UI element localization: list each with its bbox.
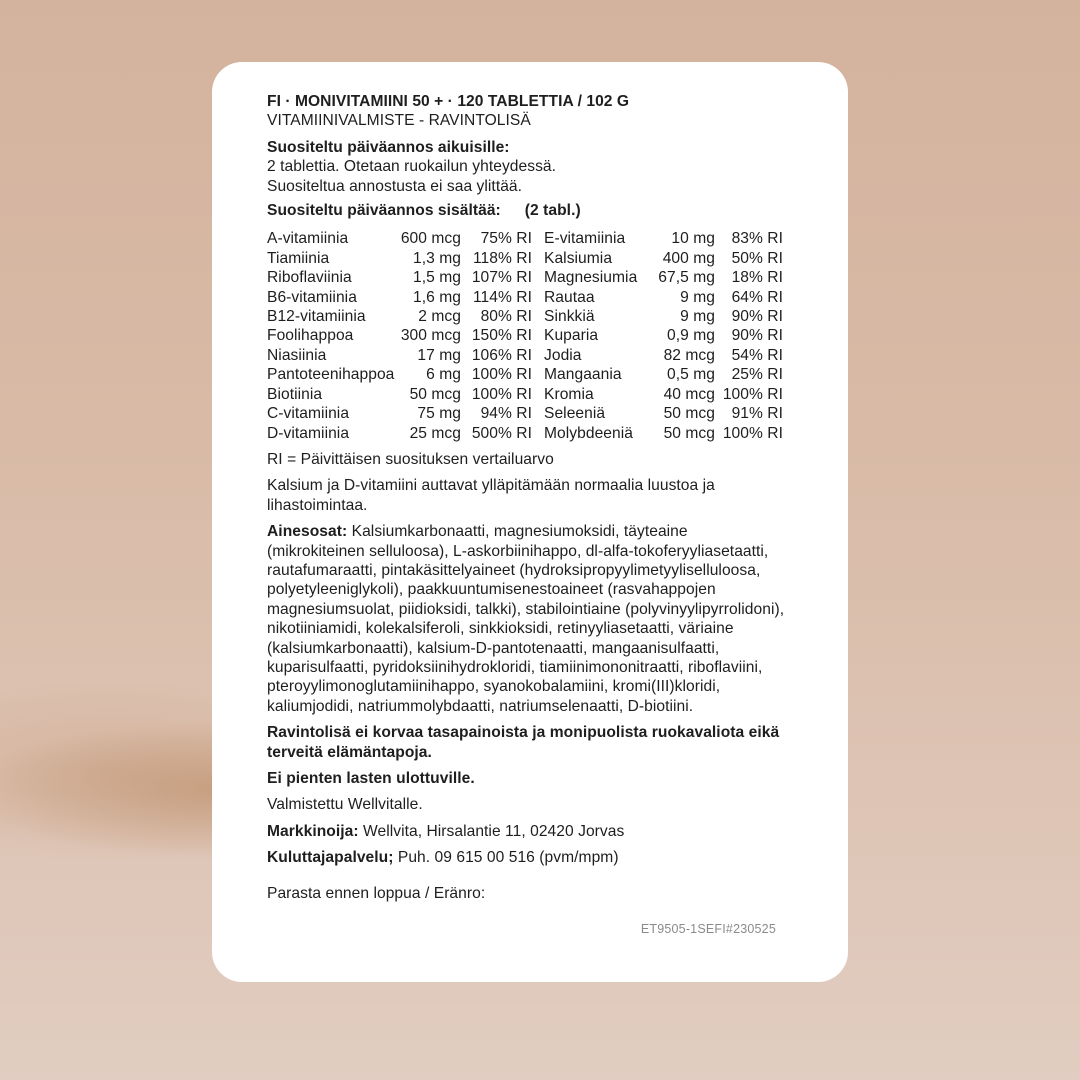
lot-code: ET9505-1SEFI#230525: [641, 922, 776, 936]
nutrient-name: B12-vitamiinia: [267, 307, 391, 326]
nutrient-amount: 600 mcg: [391, 229, 461, 248]
nutrient-name: Jodia: [544, 346, 654, 365]
product-label-card: FI · MONIVITAMIINI 50 + · 120 TABLETTIA …: [212, 62, 848, 982]
nutrient-amount: 50 mcg: [654, 424, 715, 443]
nutrient-name: E-vitamiinia: [544, 229, 654, 248]
nutrient-amount: 0,5 mg: [654, 365, 715, 384]
contents-heading: Suositeltu päiväannos sisältää:: [267, 201, 501, 220]
health-claim: Kalsium ja D-vitamiini auttavat ylläpitä…: [267, 476, 787, 515]
nutrient-name: Pantoteenihappoa: [267, 365, 391, 384]
ingredients-label: Ainesosat:: [267, 523, 347, 540]
nutrient-amount: 25 mcg: [391, 424, 461, 443]
dose-line-1: 2 tablettia. Otetaan ruokailun yhteydess…: [267, 157, 787, 176]
nutrient-amount: 9 mg: [654, 307, 715, 326]
dose-line-2: Suositeltua annostusta ei saa ylittää.: [267, 177, 787, 196]
product-title: FI · MONIVITAMIINI 50 + · 120 TABLETTIA …: [267, 92, 787, 111]
nutrient-amount: 6 mg: [391, 365, 461, 384]
nutrient-ri: 18% RI: [715, 268, 783, 287]
nutrient-name: D-vitamiinia: [267, 424, 391, 443]
nutrient-ri: 80% RI: [461, 307, 532, 326]
nutrient-amount: 17 mg: [391, 346, 461, 365]
nutrient-ri: 94% RI: [461, 404, 532, 423]
nutrient-amount: 75 mg: [391, 404, 461, 423]
contents-serving: (2 tabl.): [525, 201, 581, 220]
ingredients: Ainesosat: Kalsiumkarbonaatti, magnesium…: [267, 522, 787, 716]
nutrient-ri: 100% RI: [715, 424, 783, 443]
ri-note: RI = Päivittäisen suosituksen vertailuar…: [267, 450, 787, 469]
nutrient-ri: 75% RI: [461, 229, 532, 248]
nutrient-name: Rautaa: [544, 288, 654, 307]
label-content: FI · MONIVITAMIINI 50 + · 120 TABLETTIA …: [267, 92, 787, 903]
nutrient-ri: 100% RI: [715, 385, 783, 404]
nutrient-ri: 114% RI: [461, 288, 532, 307]
nutrient-name: A-vitamiinia: [267, 229, 391, 248]
nutrient-amount: 1,5 mg: [391, 268, 461, 287]
nutrient-ri: 90% RI: [715, 326, 783, 345]
nutrient-name: C-vitamiinia: [267, 404, 391, 423]
nutrient-ri: 83% RI: [715, 229, 783, 248]
nutrient-amount: 67,5 mg: [654, 268, 715, 287]
nutrient-ri: 107% RI: [461, 268, 532, 287]
nutrient-ri: 500% RI: [461, 424, 532, 443]
nutrient-amount: 82 mcg: [654, 346, 715, 365]
nutrient-ri: 100% RI: [461, 385, 532, 404]
dose-heading: Suositeltu päiväannos aikuisille:: [267, 138, 787, 157]
nutrient-amount: 9 mg: [654, 288, 715, 307]
nutrient-name: Riboflaviinia: [267, 268, 391, 287]
marketer-label: Markkinoija:: [267, 823, 359, 840]
nutrient-ri: 150% RI: [461, 326, 532, 345]
nutrient-ri: 54% RI: [715, 346, 783, 365]
nutrient-amount: 40 mcg: [654, 385, 715, 404]
nutrient-name: Kuparia: [544, 326, 654, 345]
service-label: Kuluttajapalvelu;: [267, 849, 393, 866]
nutrient-name: B6-vitamiinia: [267, 288, 391, 307]
nutrient-amount: 10 mg: [654, 229, 715, 248]
nutrient-amount: 1,3 mg: [391, 249, 461, 268]
nutrient-amount: 0,9 mg: [654, 326, 715, 345]
nutrient-ri: 106% RI: [461, 346, 532, 365]
nutrient-name: Tiamiinia: [267, 249, 391, 268]
nutrient-name: Magnesiumia: [544, 268, 654, 287]
nutrient-amount: 400 mg: [654, 249, 715, 268]
nutrient-amount: 50 mcg: [654, 404, 715, 423]
nutrient-ri: 91% RI: [715, 404, 783, 423]
marketer: Markkinoija: Wellvita, Hirsalantie 11, 0…: [267, 822, 787, 841]
nutrient-column-right: E-vitamiinia10 mg83% RIKalsiumia400 mg50…: [544, 229, 783, 442]
nutrient-amount: 2 mcg: [391, 307, 461, 326]
nutrient-amount: 1,6 mg: [391, 288, 461, 307]
nutrient-ri: 50% RI: [715, 249, 783, 268]
contents-heading-row: Suositeltu päiväannos sisältää: (2 tabl.…: [267, 201, 787, 220]
nutrient-column-left: A-vitamiinia600 mcg75% RITiamiinia1,3 mg…: [267, 229, 544, 442]
nutrient-name: Biotiinia: [267, 385, 391, 404]
nutrient-ri: 25% RI: [715, 365, 783, 384]
manufactured-for: Valmistettu Wellvitalle.: [267, 795, 787, 814]
nutrient-name: Mangaania: [544, 365, 654, 384]
nutrient-ri: 64% RI: [715, 288, 783, 307]
supplement-warning: Ravintolisä ei korvaa tasapainoista ja m…: [267, 723, 787, 762]
nutrient-name: Seleeniä: [544, 404, 654, 423]
nutrient-ri: 90% RI: [715, 307, 783, 326]
nutrient-name: Niasiinia: [267, 346, 391, 365]
product-subtitle: VITAMIINIVALMISTE - RAVINTOLISÄ: [267, 111, 787, 130]
nutrient-name: Foolihappoa: [267, 326, 391, 345]
nutrient-name: Kalsiumia: [544, 249, 654, 268]
nutrient-table: A-vitamiinia600 mcg75% RITiamiinia1,3 mg…: [267, 229, 787, 442]
best-before: Parasta ennen loppua / Eränro:: [267, 884, 787, 903]
consumer-service: Kuluttajapalvelu; Puh. 09 615 00 516 (pv…: [267, 848, 787, 867]
marketer-text: Wellvita, Hirsalantie 11, 02420 Jorvas: [363, 823, 624, 840]
nutrient-name: Molybdeeniä: [544, 424, 654, 443]
service-text: Puh. 09 615 00 516 (pvm/mpm): [398, 849, 619, 866]
children-warning: Ei pienten lasten ulottuville.: [267, 769, 787, 788]
nutrient-name: Sinkkiä: [544, 307, 654, 326]
nutrient-ri: 100% RI: [461, 365, 532, 384]
ingredients-text: Kalsiumkarbonaatti, magnesiumoksidi, täy…: [267, 523, 784, 715]
nutrient-amount: 50 mcg: [391, 385, 461, 404]
nutrient-name: Kromia: [544, 385, 654, 404]
nutrient-ri: 118% RI: [461, 249, 532, 268]
nutrient-amount: 300 mcg: [391, 326, 461, 345]
